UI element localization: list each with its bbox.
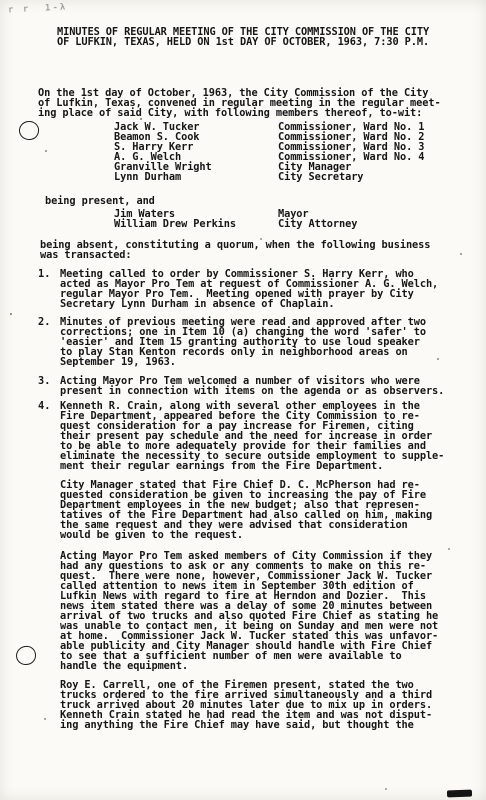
intro-paragraph: On the 1st day of October, 1963, the Cit… [38, 88, 441, 118]
item-text: Meeting called to order by Commissioner … [60, 269, 438, 309]
agenda-item-3: 3. Acting Mayor Pro Tem welcomed a numbe… [38, 376, 444, 396]
margin-circle-mark-bottom [15, 645, 37, 666]
official-name: William Drew Perkins [114, 219, 278, 229]
official-role: City Attorney [278, 218, 357, 230]
members-present-list: Jack W. TuckerCommissioner, Ward No. 1 B… [114, 122, 424, 182]
continuation-paragraph-2: Acting Mayor Pro Tem asked members of Ci… [60, 551, 438, 671]
document-page: r r 1-λ MINUTES OF REGULAR MEETING OF TH… [0, 0, 486, 800]
list-item: Lynn DurhamCity Secretary [114, 172, 424, 182]
continuation-paragraph-3: Roy E. Carrell, one of the Firemen prese… [60, 680, 432, 730]
item-text: Kenneth R. Crain, along with several oth… [60, 401, 444, 471]
margin-circle-mark-top [18, 120, 40, 142]
item-text: Acting Mayor Pro Tem welcomed a number o… [60, 376, 444, 396]
list-item: William Drew PerkinsCity Attorney [114, 219, 357, 229]
document-title: MINUTES OF REGULAR MEETING OF THE CITY C… [57, 27, 429, 47]
member-role: City Secretary [278, 171, 363, 183]
ink-smudge [447, 790, 472, 798]
continuation-paragraph-1: City Manager stated that Fire Chief D. C… [60, 480, 432, 540]
item-number: 2. [38, 317, 50, 327]
present-line: being present, and [45, 196, 155, 206]
member-name: Lynn Durham [114, 172, 278, 182]
agenda-item-1: 1. Meeting called to order by Commission… [38, 269, 438, 309]
item-text: Minutes of previous meeting were read an… [60, 317, 426, 367]
pencil-annotation: r r 1-λ [8, 2, 68, 15]
agenda-item-2: 2. Minutes of previous meeting were read… [38, 317, 426, 367]
officials-absent-list: Jim WatersMayor William Drew PerkinsCity… [114, 209, 357, 229]
item-number: 3. [38, 376, 50, 386]
item-number: 4. [38, 401, 50, 411]
item-number: 1. [38, 269, 50, 279]
absent-line: being absent, constituting a quorum, whe… [40, 240, 430, 260]
agenda-item-4: 4. Kenneth R. Crain, along with several … [38, 401, 444, 471]
